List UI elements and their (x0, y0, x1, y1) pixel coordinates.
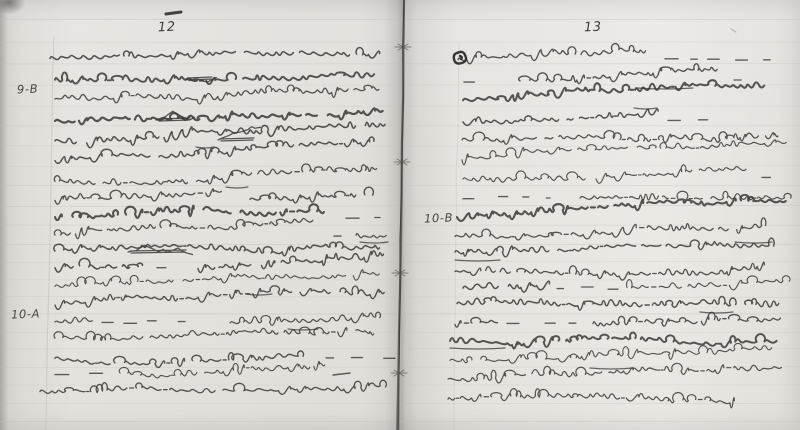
ruled-lines (0, 19, 800, 421)
right-page-number: 13 (584, 20, 602, 36)
margin-label-10a: 10-A (11, 306, 41, 321)
margin-label-10b: 10-B (424, 210, 454, 225)
handwriting-layer (0, 0, 800, 430)
handwritten-text-strokes (40, 44, 791, 408)
margin-label-9b: 9-B (17, 82, 39, 97)
left-page-number: 12 (158, 20, 176, 36)
scanned-manuscript-spread: 12 13 9-B 10-A 10-B (0, 0, 800, 430)
